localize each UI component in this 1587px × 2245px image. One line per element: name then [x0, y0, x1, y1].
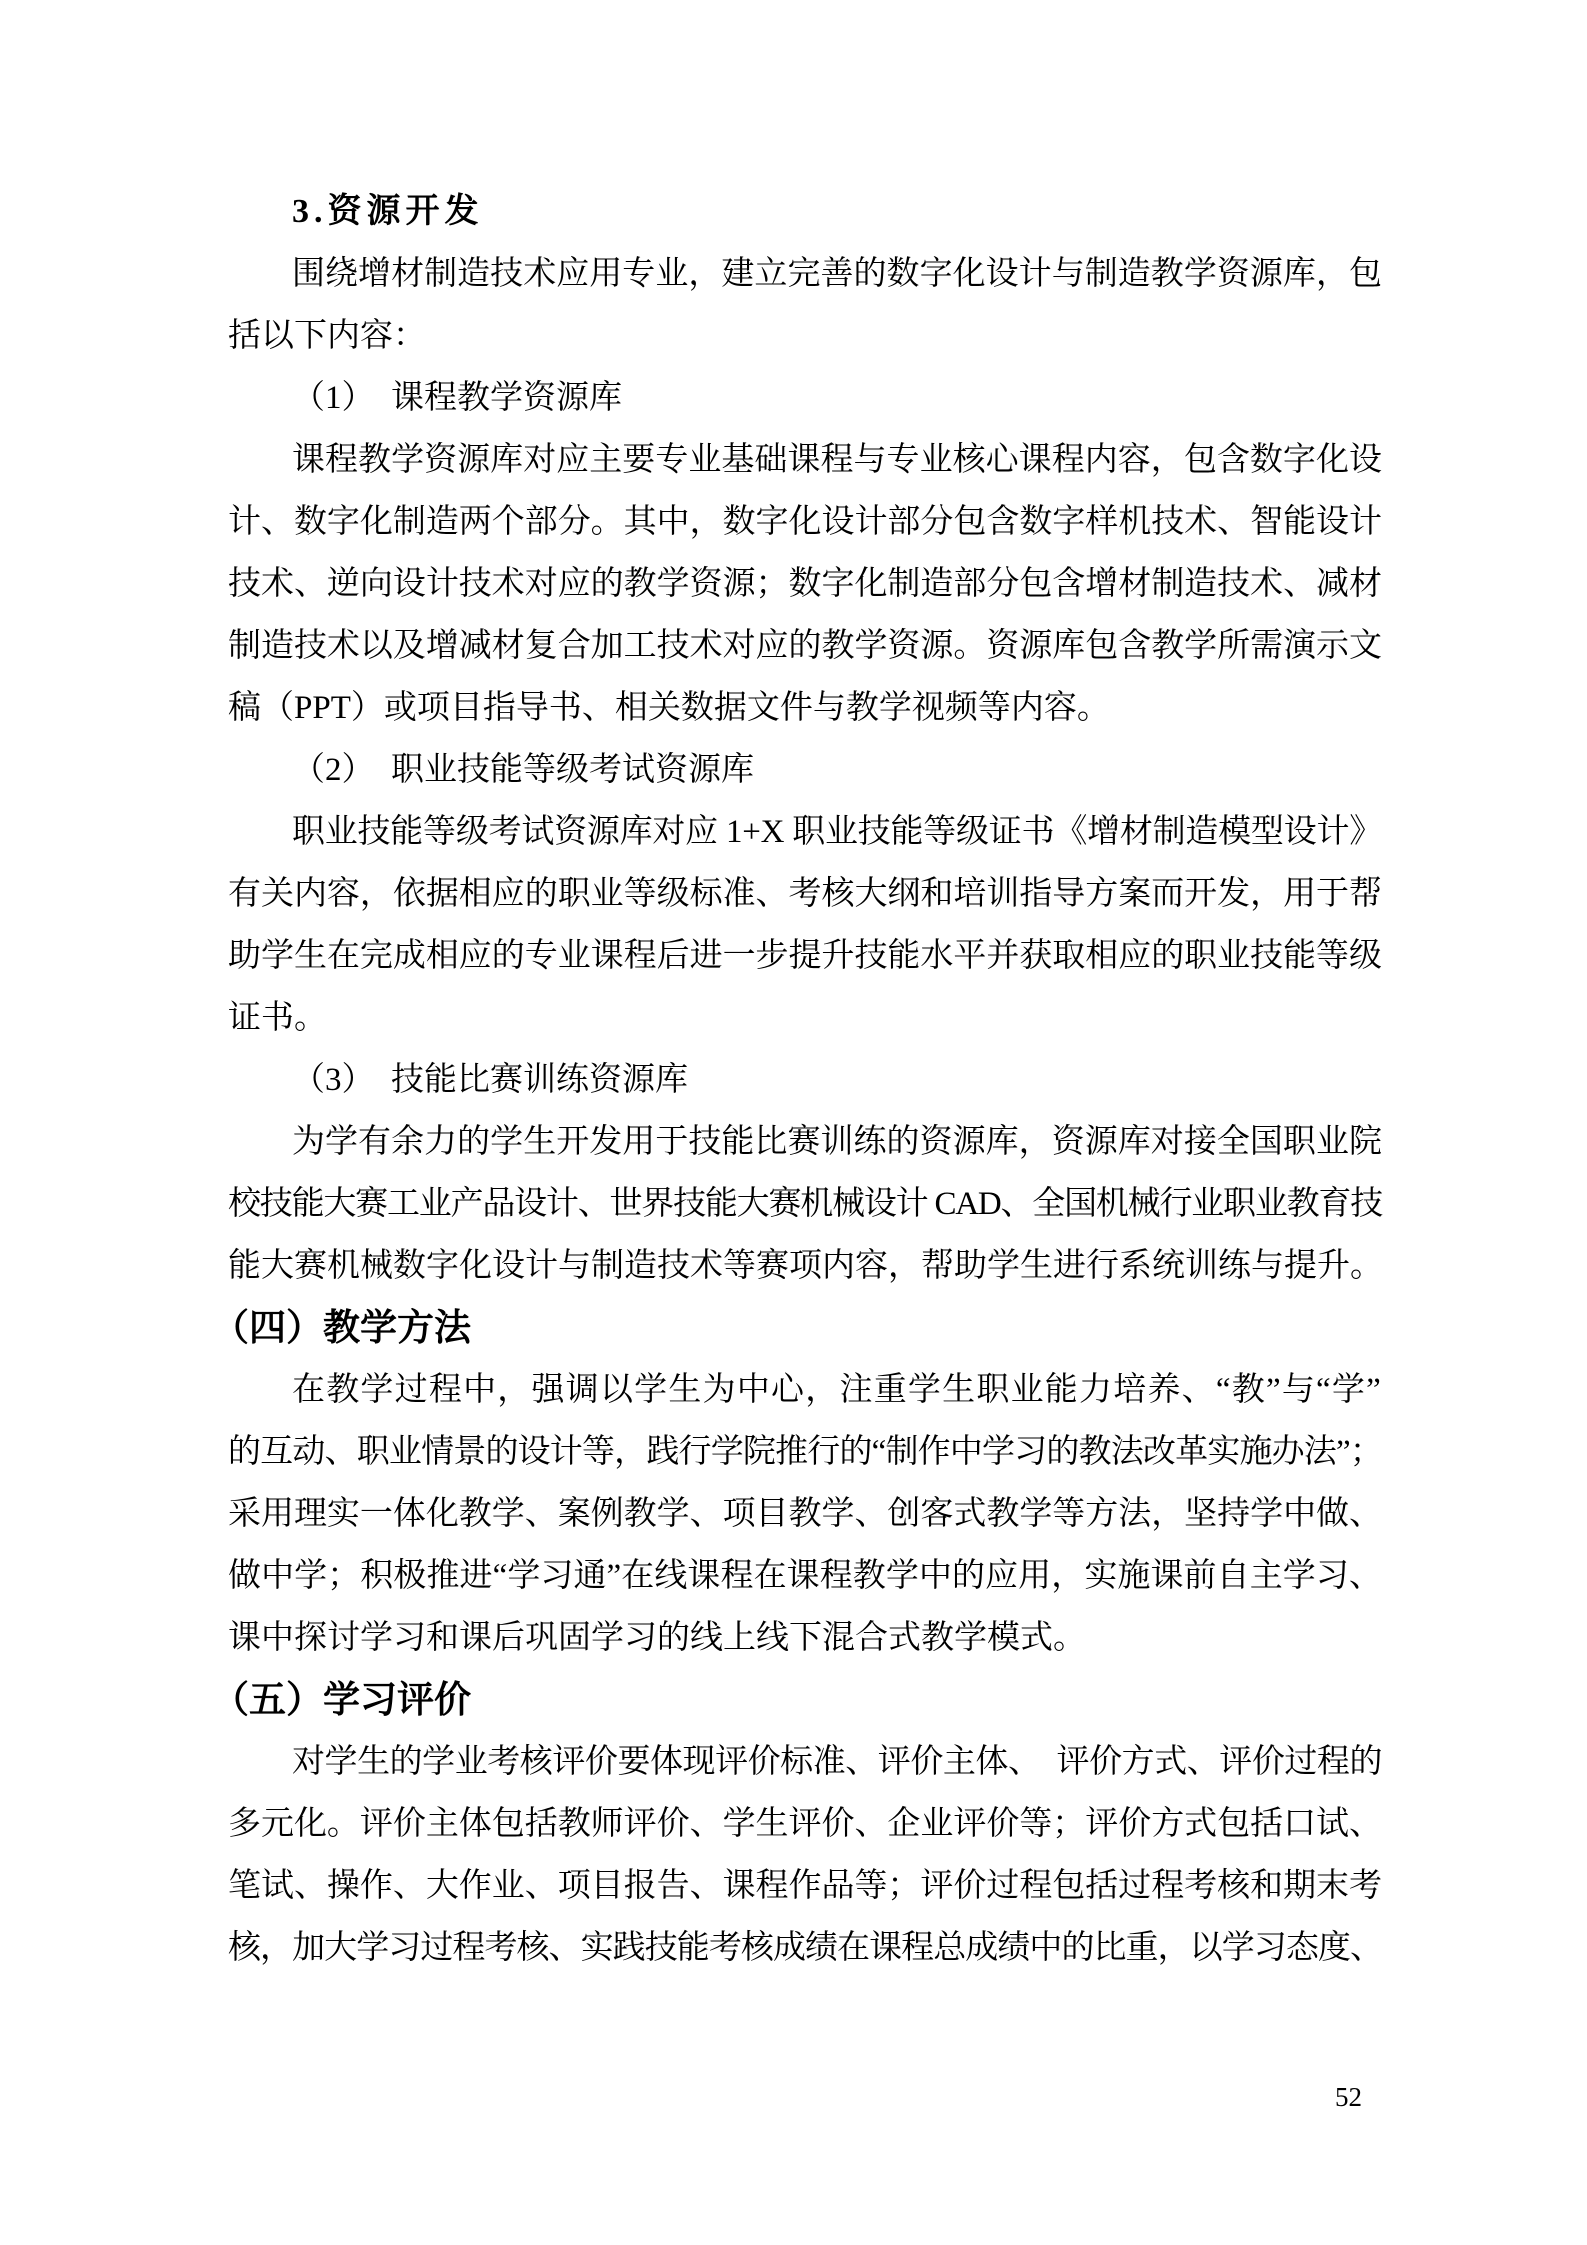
text-line: 校技能大赛工业产品设计、世界技能大赛机械设计 CAD、全国机械行业职业教育技 [228, 1173, 1382, 1235]
text-run: 括以下内容： [228, 318, 426, 354]
text-line: 围绕增材制造技术应用专业，建立完善的数字化设计与制造教学资源库，包 [228, 243, 1382, 305]
text-line: 技术、逆向设计技术对应的教学资源；数字化制造部分包含增材制造技术、减材 [228, 553, 1382, 615]
text-line: 职业技能等级考试资源库对应 1+X 职业技能等级证书《增材制造模型设计》 [228, 801, 1382, 863]
text-line: 对学生的学业考核评价要体现评价标准、评价主体、 评价方式、评价过程的 [228, 1731, 1382, 1793]
text-line: 做中学；积极推进“学习通”在线课程在课程教学中的应用，实施课前自主学习、 [228, 1545, 1382, 1607]
text-line: 为学有余力的学生开发用于技能比赛训练的资源库，资源库对接全国职业院 [228, 1111, 1382, 1173]
text-run: 证书。 [228, 1000, 327, 1036]
text-run: （五）学习评价 [212, 1679, 471, 1720]
text-line: 计、数字化制造两个部分。其中，数字化设计部分包含数字样机技术、智能设计 [228, 491, 1382, 553]
document-body: 3.资源开发围绕增材制造技术应用专业，建立完善的数字化设计与制造教学资源库，包括… [0, 0, 1587, 1979]
section-heading: （五）学习评价 [212, 1669, 1382, 1731]
section-heading: （四）教学方法 [212, 1297, 1382, 1359]
text-run: 有关内容，依据相应的职业等级标准、考核大纲和培训指导方案而开发，用于帮 [228, 876, 1382, 912]
text-run: （2） 职业技能等级考试资源库 [292, 752, 754, 788]
text-line: 多元化。评价主体包括教师评价、学生评价、企业评价等；评价方式包括口试、 [228, 1793, 1382, 1855]
text-run: （四）教学方法 [212, 1307, 471, 1348]
text-run: 计、数字化制造两个部分。其中，数字化设计部分包含数字样机技术、智能设计 [228, 504, 1382, 540]
text-line: 在教学过程中，强调以学生为中心，注重学生职业能力培养、“教”与“学” [228, 1359, 1382, 1421]
list-item-line: （3） 技能比赛训练资源库 [228, 1049, 1382, 1111]
text-line: 课程教学资源库对应主要专业基础课程与专业核心课程内容，包含数字化设 [228, 429, 1382, 491]
text-run: 做中学；积极推进“学习通”在线课程在课程教学中的应用，实施课前自主学习、 [228, 1558, 1382, 1594]
text-run: 核，加大学习过程考核、实践技能考核成绩在课程总成绩中的比重，以学习态度、 [228, 1930, 1382, 1966]
text-line: 笔试、操作、大作业、项目报告、课程作品等；评价过程包括过程考核和期末考 [228, 1855, 1382, 1917]
text-run: 多元化。评价主体包括教师评价、学生评价、企业评价等；评价方式包括口试、 [228, 1806, 1382, 1842]
page-number: 52 [1335, 2082, 1362, 2112]
text-run: 制造技术以及增减材复合加工技术对应的教学资源。资源库包含教学所需演示文 [228, 628, 1382, 664]
text-run: 技术、逆向设计技术对应的教学资源；数字化制造部分包含增材制造技术、减材 [228, 566, 1382, 602]
text-run: （1） 课程教学资源库 [292, 380, 622, 416]
text-line: 的互动、职业情景的设计等，践行学院推行的“制作中学习的教法改革实施办法”； [228, 1421, 1382, 1483]
text-run: 的互动、职业情景的设计等，践行学院推行的“制作中学习的教法改革实施办法”； [228, 1434, 1382, 1470]
text-line: 制造技术以及增减材复合加工技术对应的教学资源。资源库包含教学所需演示文 [228, 615, 1382, 677]
text-run: 能大赛机械数字化设计与制造技术等赛项内容，帮助学生进行系统训练与提升。 [228, 1248, 1383, 1284]
text-run: 围绕增材制造技术应用专业，建立完善的数字化设计与制造教学资源库，包 [292, 256, 1382, 292]
text-line: 课中探讨学习和课后巩固学习的线上线下混合式教学模式。 [228, 1607, 1382, 1669]
text-run: 校技能大赛工业产品设计、世界技能大赛机械设计 CAD、全国机械行业职业教育技 [228, 1186, 1382, 1222]
text-run: 为学有余力的学生开发用于技能比赛训练的资源库，资源库对接全国职业院 [292, 1124, 1382, 1160]
text-line: 证书。 [228, 987, 1382, 1049]
text-run: 稿（PPT）或项目指导书、相关数据文件与教学视频等内容。 [228, 690, 1110, 726]
list-item-line: （2） 职业技能等级考试资源库 [228, 739, 1382, 801]
text-run: 采用理实一体化教学、案例教学、项目教学、创客式教学等方法，坚持学中做、 [228, 1496, 1382, 1532]
text-line: 稿（PPT）或项目指导书、相关数据文件与教学视频等内容。 [228, 677, 1382, 739]
text-run: 3.资源开发 [292, 193, 484, 230]
text-line: 采用理实一体化教学、案例教学、项目教学、创客式教学等方法，坚持学中做、 [228, 1483, 1382, 1545]
list-item-line: （1） 课程教学资源库 [228, 367, 1382, 429]
sub-heading: 3.资源开发 [228, 181, 1382, 243]
text-run: 在教学过程中，强调以学生为中心，注重学生职业能力培养、“教”与“学” [292, 1372, 1382, 1408]
text-line: 能大赛机械数字化设计与制造技术等赛项内容，帮助学生进行系统训练与提升。 [228, 1235, 1382, 1297]
text-run: 助学生在完成相应的专业课程后进一步提升技能水平并获取相应的职业技能等级 [228, 938, 1382, 974]
text-line: 助学生在完成相应的专业课程后进一步提升技能水平并获取相应的职业技能等级 [228, 925, 1382, 987]
text-run: 课程教学资源库对应主要专业基础课程与专业核心课程内容，包含数字化设 [292, 442, 1382, 478]
text-run: 笔试、操作、大作业、项目报告、课程作品等；评价过程包括过程考核和期末考 [228, 1868, 1382, 1904]
text-line: 括以下内容： [228, 305, 1382, 367]
text-run: 课中探讨学习和课后巩固学习的线上线下混合式教学模式。 [228, 1620, 1086, 1656]
text-line: 核，加大学习过程考核、实践技能考核成绩在课程总成绩中的比重，以学习态度、 [228, 1917, 1382, 1979]
text-line: 有关内容，依据相应的职业等级标准、考核大纲和培训指导方案而开发，用于帮 [228, 863, 1382, 925]
text-run: （3） 技能比赛训练资源库 [292, 1062, 688, 1098]
text-run: 职业技能等级考试资源库对应 1+X 职业技能等级证书《增材制造模型设计》 [292, 814, 1382, 850]
text-run: 对学生的学业考核评价要体现评价标准、评价主体、 评价方式、评价过程的 [292, 1744, 1382, 1780]
document-page: 3.资源开发围绕增材制造技术应用专业，建立完善的数字化设计与制造教学资源库，包括… [0, 0, 1587, 2245]
